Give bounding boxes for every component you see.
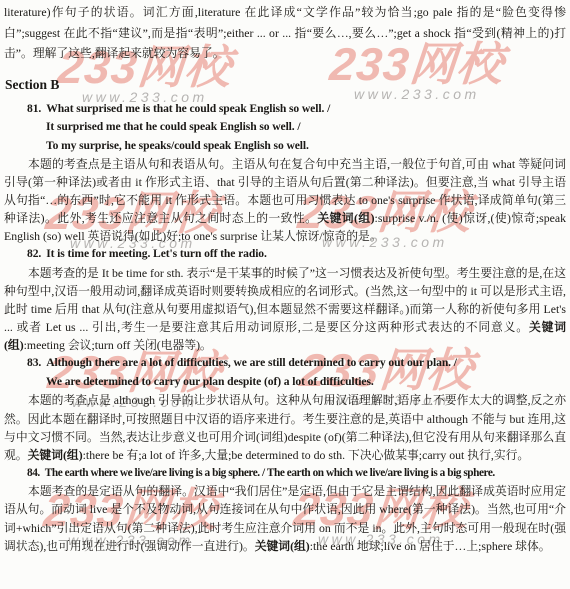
item-number: 82.	[27, 247, 46, 260]
section-heading: Section B	[5, 75, 566, 94]
explanation-paragraph: 本题考查的是 It be time for sth. 表示“是干某事的时候了”这…	[4, 264, 566, 354]
item-number: 83.	[27, 356, 46, 369]
answer-text: Although there are a lot of difficulties…	[46, 356, 457, 369]
answer-block: 83.Although there are a lot of difficult…	[4, 354, 566, 391]
item-81: 81.What surprised me is that he could sp…	[4, 100, 566, 246]
answer-line: 82.It is time for meeting. Let's turn of…	[4, 245, 566, 264]
answer-text: The earth where we live/are living is a …	[45, 467, 495, 479]
answer-block: 84.The earth where we live/are living is…	[4, 464, 566, 483]
explanation-paragraph: 本题的考查点是 although 引导的让步状语从句。这种从句用汉语理解时,语序…	[4, 391, 566, 463]
explanation-paragraph: 本题的考查点是主语从句和表语从句。主语从句在复合句中充当主语,一般位于句首,可由…	[4, 155, 566, 245]
item-82: 82.It is time for meeting. Let's turn of…	[4, 245, 566, 354]
item-number: 81.	[27, 102, 46, 115]
answer-line: 84.The earth where we live/are living is…	[4, 464, 566, 483]
page-content: literature)作句子的状语。词汇方面,literature 在此译成“文…	[0, 0, 570, 555]
answer-text: It is time for meeting. Let's turn off t…	[46, 247, 267, 260]
answer-line: To my surprise, he speaks/could speak En…	[4, 137, 566, 156]
answer-line: 83.Although there are a lot of difficult…	[4, 354, 566, 373]
item-84: 84.The earth where we live/are living is…	[4, 464, 566, 555]
answer-text: What surprised me is that he could speak…	[46, 102, 330, 115]
explanation-paragraph: 本题考查的是定语从句的翻译。汉语中“我们居住”是定语,但由于它是主谓结构,因此翻…	[4, 482, 566, 554]
answer-block: 82.It is time for meeting. Let's turn of…	[4, 245, 566, 264]
answer-block: 81.What surprised me is that he could sp…	[4, 100, 566, 156]
answer-line: 81.What surprised me is that he could sp…	[4, 100, 566, 119]
answer-line: We are determined to carry our plan desp…	[4, 373, 566, 392]
document-page: 233网校 www.233.com 233网校 www.233.com 233网…	[0, 0, 570, 589]
answer-line: It surprised me that he could speak Engl…	[4, 118, 566, 137]
item-number: 84.	[27, 467, 45, 479]
intro-paragraph: literature)作句子的状语。词汇方面,literature 在此译成“文…	[4, 2, 566, 64]
item-83: 83.Although there are a lot of difficult…	[4, 354, 566, 463]
